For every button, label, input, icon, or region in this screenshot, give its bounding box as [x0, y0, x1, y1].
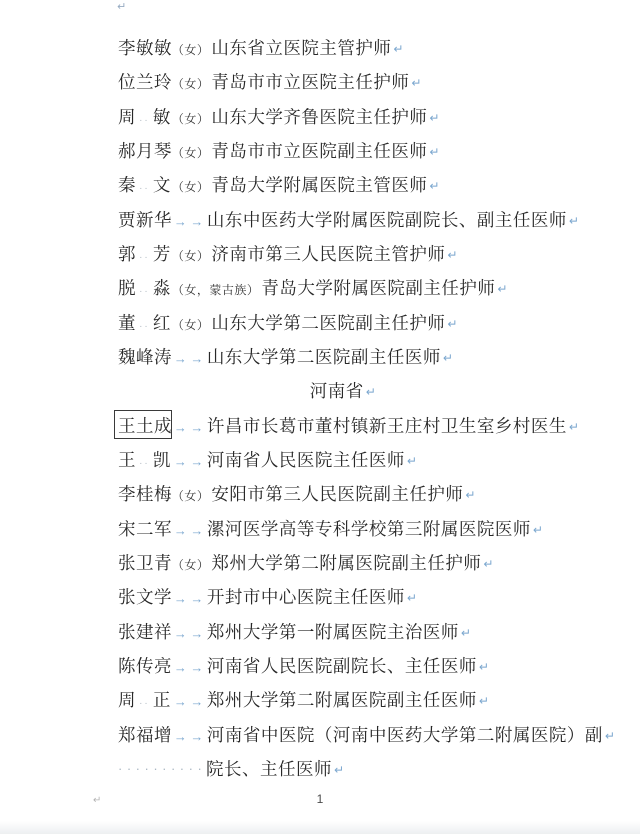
- tab-arrow-icon: →: [174, 215, 188, 228]
- person-position: 山东中医药大学附属医院副院长、副主任医师: [207, 207, 567, 232]
- name-char: 芳: [153, 241, 171, 266]
- return-mark-icon: ↵: [429, 111, 440, 125]
- gender-note: （女）: [172, 110, 210, 127]
- person-name: 脱··淼: [118, 275, 171, 300]
- person-position: 山东大学第二医院副主任护师: [211, 310, 445, 335]
- tab-arrow-icon: →: [174, 421, 188, 434]
- person-name: 王土成: [118, 413, 171, 438]
- person-position: 山东大学齐鲁医院主任护师: [211, 104, 427, 129]
- roster-row: 李桂梅（女）安阳市第三人民医院副主任护师↵: [118, 475, 568, 509]
- roster-row: 魏峰涛→→山东大学第二医院副主任医师↵: [118, 338, 568, 372]
- tab-marks: →→: [171, 661, 207, 674]
- person-position: 山东大学第二医院副主任医师: [207, 344, 441, 369]
- tab-arrow-icon: →: [190, 215, 204, 228]
- name-char: 正: [153, 687, 171, 712]
- tab-arrow-icon: →: [190, 730, 204, 743]
- tab-arrow-icon: →: [190, 455, 204, 468]
- person-name: 秦··文: [118, 172, 171, 197]
- roster-row: 张建祥→→郑州大学第一附属医院主治医师↵: [118, 613, 568, 647]
- tab-arrow-icon: →: [190, 592, 204, 605]
- name-char: 淼: [153, 275, 171, 300]
- person-name: 张卫青: [118, 550, 171, 575]
- name-char: 文: [153, 172, 171, 197]
- person-position: 郑州大学第一附属医院主治医师: [207, 619, 459, 644]
- tab-arrow-icon: →: [190, 627, 204, 640]
- return-mark-icon: ↵: [429, 145, 440, 159]
- roster-row: 周··正→→郑州大学第二附属医院副主任医师↵: [118, 681, 568, 715]
- space-marks: ··: [139, 286, 150, 297]
- return-mark-icon: ↵: [533, 523, 544, 537]
- section-title: 河南省: [310, 381, 364, 401]
- tab-marks: →→: [171, 695, 207, 708]
- person-position: 院长、主任医师: [206, 756, 332, 781]
- tab-arrow-icon: →: [190, 661, 204, 674]
- return-mark-icon: ↵: [447, 248, 458, 262]
- name-char: 凯: [153, 447, 171, 472]
- return-mark-icon: ↵: [569, 420, 580, 434]
- person-position: 郑州大学第二附属医院副主任医师: [207, 687, 477, 712]
- person-name: 周··敏: [118, 104, 171, 129]
- roster-row: 郝月琴（女）青岛市市立医院副主任医师↵: [118, 132, 568, 166]
- person-name: 宋二军: [118, 516, 171, 541]
- person-position: 安阳市第三人民医院副主任护师: [211, 481, 463, 506]
- return-mark-icon: ↵: [465, 488, 476, 502]
- space-marks: ··: [139, 183, 150, 194]
- tab-marks: →→: [171, 455, 207, 468]
- gender-note: （女）: [172, 144, 210, 161]
- person-position: 河南省中医院（河南中医药大学第二附属医院）副: [207, 722, 603, 747]
- space-marks: ···········: [118, 761, 206, 776]
- return-mark-icon: ↵: [483, 557, 494, 571]
- gender-note: （女）: [172, 316, 210, 333]
- space-marks: ··: [139, 321, 150, 332]
- roster-row: 王土成→→许昌市长葛市董村镇新王庄村卫生室乡村医生↵: [118, 407, 568, 441]
- return-mark-icon: ↵: [479, 660, 490, 674]
- tab-arrow-icon: →: [174, 661, 188, 674]
- person-name: 位兰玲: [118, 69, 171, 94]
- tab-arrow-icon: →: [190, 695, 204, 708]
- paragraph-return-mark: ↵: [117, 2, 126, 13]
- return-mark-icon: ↵: [407, 591, 418, 605]
- person-position: 河南省人民医院主任医师: [207, 447, 405, 472]
- gender-note: （女）: [172, 556, 210, 573]
- person-position: 郑州大学第二附属医院副主任护师: [211, 550, 481, 575]
- tab-marks: →→: [171, 524, 207, 537]
- tab-marks: →→: [171, 352, 207, 365]
- person-name: 李敏敏: [118, 35, 171, 60]
- name-char: 秦: [118, 172, 136, 197]
- gender-note: （女）: [172, 75, 210, 92]
- roster-row: 陈传亮→→河南省人民医院副院长、主任医师↵: [118, 647, 568, 681]
- person-name: 李桂梅: [118, 481, 171, 506]
- tab-arrow-icon: →: [174, 695, 188, 708]
- name-char: 敏: [153, 104, 171, 129]
- roster-row: 董··红（女）山东大学第二医院副主任护师↵: [118, 304, 568, 338]
- person-name: 王··凯: [118, 447, 171, 472]
- return-mark-icon: ↵: [411, 76, 422, 90]
- name-char: 红: [153, 310, 171, 335]
- roster-row: 秦··文（女）青岛大学附属医院主管医师↵: [118, 166, 568, 200]
- tab-arrow-icon: →: [174, 524, 188, 537]
- roster-list: 李敏敏（女）山东省立医院主管护师↵位兰玲（女）青岛市市立医院主任护师↵周··敏（…: [118, 29, 568, 784]
- wrapped-line: ···········院长、主任医师↵: [118, 750, 568, 784]
- return-mark-icon: ↵: [443, 351, 454, 365]
- person-position: 漯河医学高等专科学校第三附属医院医师: [207, 516, 531, 541]
- tab-arrow-icon: →: [190, 352, 204, 365]
- gender-note: （女，蒙古族）: [172, 281, 260, 298]
- person-name: 周··正: [118, 687, 171, 712]
- name-char: 周: [118, 687, 136, 712]
- return-mark-icon: ↵: [605, 729, 616, 743]
- tab-marks: →→: [171, 592, 207, 605]
- person-position: 青岛大学附属医院主管医师: [211, 172, 427, 197]
- document-page: ↵ 李敏敏（女）山东省立医院主管护师↵位兰玲（女）青岛市市立医院主任护师↵周··…: [0, 0, 640, 834]
- tab-arrow-icon: →: [174, 455, 188, 468]
- name-char: 周: [118, 104, 136, 129]
- footer-return-mark: ↵: [93, 796, 101, 806]
- return-mark-icon: ↵: [334, 763, 345, 777]
- person-position: 青岛市市立医院副主任医师: [211, 138, 427, 163]
- return-mark-icon: ↵: [366, 385, 377, 399]
- person-position: 山东省立医院主管护师: [211, 35, 391, 60]
- return-mark-icon: ↵: [497, 282, 508, 296]
- person-position: 青岛大学附属医院副主任护师: [261, 275, 495, 300]
- return-mark-icon: ↵: [461, 626, 472, 640]
- roster-row: 郭··芳（女）济南市第三人民医院主管护师↵: [118, 235, 568, 269]
- name-char: 董: [118, 310, 136, 335]
- roster-row: 宋二军→→漯河医学高等专科学校第三附属医院医师↵: [118, 510, 568, 544]
- person-name: 董··红: [118, 310, 171, 335]
- person-name: 张建祥: [118, 619, 171, 644]
- tab-arrow-icon: →: [190, 421, 204, 434]
- space-marks: ··: [139, 458, 150, 469]
- section-heading: 河南省↵: [118, 372, 568, 406]
- tab-arrow-icon: →: [174, 352, 188, 365]
- roster-row: 郑福增→→河南省中医院（河南中医药大学第二附属医院）副↵: [118, 716, 568, 750]
- roster-row: 张卫青（女）郑州大学第二附属医院副主任护师↵: [118, 544, 568, 578]
- roster-row: 贾新华→→山东中医药大学附属医院副院长、副主任医师↵: [118, 201, 568, 235]
- tab-arrow-icon: →: [174, 730, 188, 743]
- person-name: 郝月琴: [118, 138, 171, 163]
- person-name: 魏峰涛: [118, 344, 171, 369]
- person-position: 许昌市长葛市董村镇新王庄村卫生室乡村医生: [207, 413, 567, 438]
- page-bottom-edge: [0, 821, 640, 834]
- person-name: 贾新华: [118, 207, 171, 232]
- roster-row: 位兰玲（女）青岛市市立医院主任护师↵: [118, 63, 568, 97]
- tab-marks: →→: [171, 421, 207, 434]
- person-position: 开封市中心医院主任医师: [207, 584, 405, 609]
- return-mark-icon: ↵: [429, 179, 440, 193]
- person-position: 青岛市市立医院主任护师: [211, 69, 409, 94]
- return-mark-icon: ↵: [569, 214, 580, 228]
- space-marks: ··: [139, 115, 150, 126]
- tab-arrow-icon: →: [174, 627, 188, 640]
- person-position: 济南市第三人民医院主管护师: [211, 241, 445, 266]
- name-char: 脱: [118, 275, 136, 300]
- person-name: 张文学: [118, 584, 171, 609]
- roster-row: 周··敏（女）山东大学齐鲁医院主任护师↵: [118, 98, 568, 132]
- name-char: 王: [118, 447, 136, 472]
- tab-marks: →→: [171, 627, 207, 640]
- return-mark-icon: ↵: [393, 42, 404, 56]
- roster-row: 张文学→→开封市中心医院主任医师↵: [118, 578, 568, 612]
- name-char: 郭: [118, 241, 136, 266]
- return-mark-icon: ↵: [407, 454, 418, 468]
- person-name: 郑福增: [118, 722, 171, 747]
- person-position: 河南省人民医院副院长、主任医师: [207, 653, 477, 678]
- tab-marks: →→: [171, 215, 207, 228]
- gender-note: （女）: [172, 247, 210, 264]
- return-mark-icon: ↵: [479, 694, 490, 708]
- gender-note: （女）: [172, 41, 210, 58]
- person-name: 陈传亮: [118, 653, 171, 678]
- roster-row: 王··凯→→河南省人民医院主任医师↵: [118, 441, 568, 475]
- page-number: 1: [317, 792, 324, 806]
- return-mark-icon: ↵: [447, 317, 458, 331]
- person-name: 郭··芳: [118, 241, 171, 266]
- space-marks: ··: [139, 698, 150, 709]
- roster-row: 李敏敏（女）山东省立医院主管护师↵: [118, 29, 568, 63]
- gender-note: （女）: [172, 487, 210, 504]
- gender-note: （女）: [172, 178, 210, 195]
- tab-arrow-icon: →: [190, 524, 204, 537]
- tab-marks: →→: [171, 730, 207, 743]
- space-marks: ··: [139, 252, 150, 263]
- tab-arrow-icon: →: [174, 592, 188, 605]
- roster-row: 脱··淼（女，蒙古族）青岛大学附属医院副主任护师↵: [118, 269, 568, 303]
